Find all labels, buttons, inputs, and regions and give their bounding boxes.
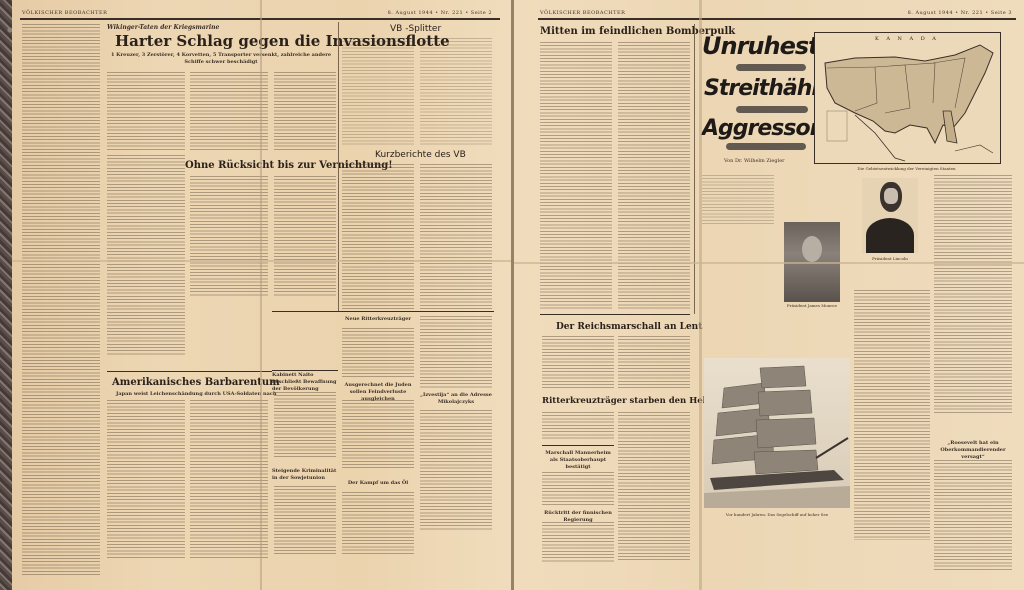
text-column <box>190 72 268 152</box>
text-column <box>342 328 414 378</box>
map-caption: Die Gebietsentwicklung der Vereinigten S… <box>814 166 999 171</box>
masthead-left: VÖLKISCHER BEOBACHTER <box>22 10 107 16</box>
map-label: K A N A D A <box>875 36 939 42</box>
section-rule <box>272 370 338 371</box>
text-column <box>420 164 492 309</box>
small-headline: Neue Ritterkreuzträger <box>342 316 414 323</box>
text-column <box>274 176 336 296</box>
us-territory-map: K A N A D A <box>814 32 1001 164</box>
brush-stroke <box>726 143 806 150</box>
paper-fold <box>12 260 512 262</box>
small-headline: Marschall Mannerheim als Staatsoberhaupt… <box>542 450 614 471</box>
text-column <box>107 400 185 558</box>
small-headline: Der Kampf um das Öl <box>342 480 414 487</box>
section-rule <box>272 311 494 312</box>
lead-kicker: Wikinger-Taten der Kriegsmarine <box>107 24 219 31</box>
text-column <box>190 400 268 558</box>
portrait-caption: Präsident James Monroe <box>776 303 848 308</box>
text-column <box>618 42 690 310</box>
text-column <box>702 175 774 225</box>
text-column <box>420 38 492 146</box>
paper-fold <box>514 262 1024 264</box>
paper-fold <box>260 0 262 590</box>
section-rule <box>542 445 614 446</box>
section-rule <box>540 314 690 315</box>
issue-info-right: 8. August 1944 • Nr. 221 • Seite 3 <box>908 10 1012 16</box>
text-column <box>934 460 1012 570</box>
short-reports-headline: Kurzberichte des VB <box>375 150 466 160</box>
text-column <box>618 412 690 562</box>
newspaper-page-left: VÖLKISCHER BEOBACHTER 8. August 1944 • N… <box>12 0 512 590</box>
portrait-caption: Präsident Lincoln <box>854 256 926 261</box>
text-column <box>542 412 614 440</box>
text-column <box>107 155 185 355</box>
ship-caption: Vor hundert Jahren: Das Segelschiff auf … <box>702 512 852 517</box>
column-rule <box>694 24 695 314</box>
portrait-lincoln <box>862 178 918 253</box>
feature-byline: Von Dr. Wilhelm Ziegler <box>724 158 785 164</box>
text-column <box>22 24 100 364</box>
reichsmarschall-headline: Der Reichsmarschall an Lent <box>556 322 702 332</box>
coat-shape <box>866 218 914 253</box>
text-column <box>542 472 614 506</box>
sailing-ship-image <box>704 358 850 508</box>
text-column <box>420 316 492 388</box>
text-column <box>854 290 930 540</box>
face-shape <box>884 188 898 204</box>
text-column <box>934 175 1012 415</box>
column-rule <box>338 22 339 312</box>
text-column <box>618 336 690 388</box>
splitter-headline: VB -Splitter <box>390 24 441 34</box>
text-column <box>342 492 414 554</box>
newspaper-page-right: VÖLKISCHER BEOBACHTER 8. August 1944 • N… <box>514 0 1024 590</box>
text-column <box>540 42 612 310</box>
brush-stroke <box>736 64 806 71</box>
small-headline: Kabinett Naito beschließt Bewaffnung der… <box>272 372 338 393</box>
text-column <box>274 392 336 458</box>
text-column <box>274 486 336 554</box>
text-column <box>274 72 336 152</box>
text-column <box>342 400 414 468</box>
text-column <box>420 410 492 530</box>
text-column <box>22 366 100 576</box>
masthead-right: VÖLKISCHER BEOBACHTER <box>540 10 625 16</box>
barbarism-headline: Amerikanisches Barbarentum <box>112 377 280 388</box>
small-headline: „Roosevelt hat ein Oberkommandierender v… <box>934 440 1012 461</box>
small-headline: „Izvestija“ an die Adresse Mikolajczyks <box>420 392 492 406</box>
lead-subhead: 1 Kreuzer, 3 Zerstörer, 4 Korvetten, 5 T… <box>106 52 336 66</box>
text-column <box>542 336 614 388</box>
paper-fold <box>699 0 702 590</box>
text-column <box>542 522 614 562</box>
small-headline: Steigende Kriminalität in der Sowjetunio… <box>272 468 338 482</box>
issue-info-left: 8. August 1944 • Nr. 221 • Seite 2 <box>388 10 492 16</box>
section-rule <box>107 371 272 372</box>
text-column <box>342 164 414 309</box>
text-column <box>342 38 414 146</box>
text-column <box>107 72 185 152</box>
text-column <box>190 176 268 296</box>
masthead-rule <box>538 18 1016 20</box>
brush-stroke <box>736 106 808 113</box>
barbarism-subhead: Japan weist Leichenschändung durch USA-S… <box>116 391 277 397</box>
face-shape <box>802 236 822 262</box>
